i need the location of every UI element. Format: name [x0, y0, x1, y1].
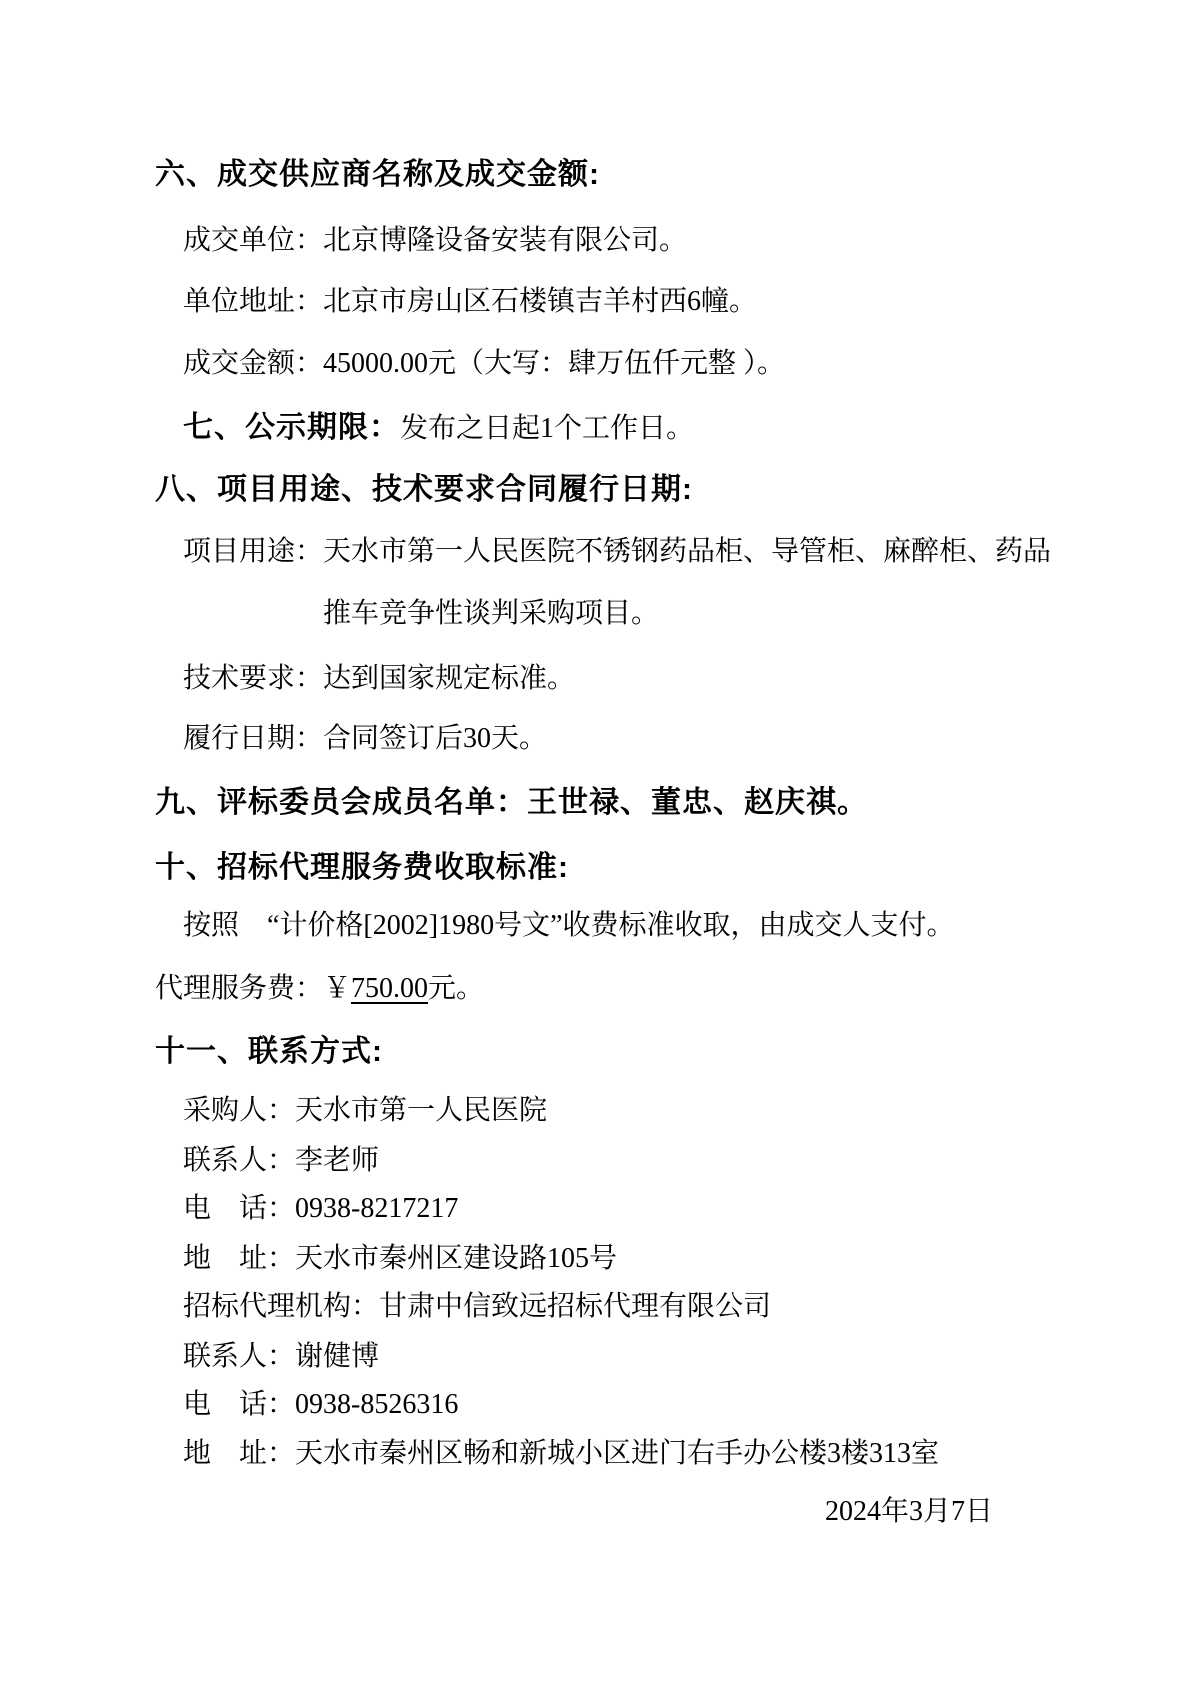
section7-period-text: 发布之日起1个工作日。: [400, 413, 694, 444]
section7-publicity-period: 七、公示期限：发布之日起1个工作日。: [183, 409, 694, 447]
technical-requirements: 技术要求：达到国家规定标准。: [183, 661, 575, 696]
winning-supplier-address: 单位地址：北京市房山区石楼镇吉羊村西6幢。: [183, 284, 757, 319]
section7-heading-label: 七、公示期限：: [183, 411, 400, 444]
project-purpose-line1: 项目用途：天水市第一人民医院不锈钢药品柜、导管柜、麻醉柜、药品: [183, 534, 1051, 569]
sign-date: 2024年3月7日: [825, 1494, 993, 1529]
winning-supplier-name: 成交单位：北京博隆设备安装有限公司。: [183, 223, 687, 258]
section9-evaluation-committee: 九、评标委员会成员名单：王世禄、董忠、赵庆祺。: [155, 784, 868, 822]
buyer-contact-person: 联系人：李老师: [183, 1143, 379, 1178]
agency-contact-person: 联系人：谢健博: [183, 1339, 379, 1374]
section8-heading: 八、项目用途、技术要求合同履行日期:: [155, 471, 693, 509]
announcement-page: 六、成交供应商名称及成交金额: 成交单位：北京博隆设备安装有限公司。 单位地址：…: [0, 0, 1191, 1684]
transaction-amount: 成交金额：45000.00元（大写：肆万伍仟元整 ）。: [183, 346, 785, 381]
agency-phone: 电 话：0938-8526316: [183, 1387, 458, 1422]
performance-date: 履行日期：合同签订后30天。: [183, 721, 547, 756]
buyer-address: 地 址：天水市秦州区建设路105号: [183, 1241, 617, 1276]
agency-fee-suffix: 元。: [428, 973, 484, 1004]
buyer-name: 采购人：天水市第一人民医院: [183, 1093, 547, 1128]
agency-fee-line: 代理服务费：￥750.00元。: [155, 971, 484, 1006]
agency-name: 招标代理机构：甘肃中信致远招标代理有限公司: [183, 1289, 771, 1324]
project-purpose-line2: 推车竞争性谈判采购项目。: [323, 596, 659, 631]
section10-heading: 十、招标代理服务费收取标准:: [155, 849, 569, 887]
agency-fee-prefix: 代理服务费：￥: [155, 973, 351, 1004]
agency-fee-amount: 750.00: [351, 973, 428, 1004]
buyer-phone: 电 话：0938-8217217: [183, 1191, 458, 1226]
agency-fee-basis: 按照 “计价格[2002]1980号文”收费标准收取，由成交人支付。: [183, 908, 955, 943]
section11-heading: 十一、联系方式:: [155, 1033, 383, 1071]
agency-address: 地 址：天水市秦州区畅和新城小区进门右手办公楼3楼313室: [183, 1436, 939, 1471]
section6-heading: 六、成交供应商名称及成交金额:: [155, 156, 600, 194]
